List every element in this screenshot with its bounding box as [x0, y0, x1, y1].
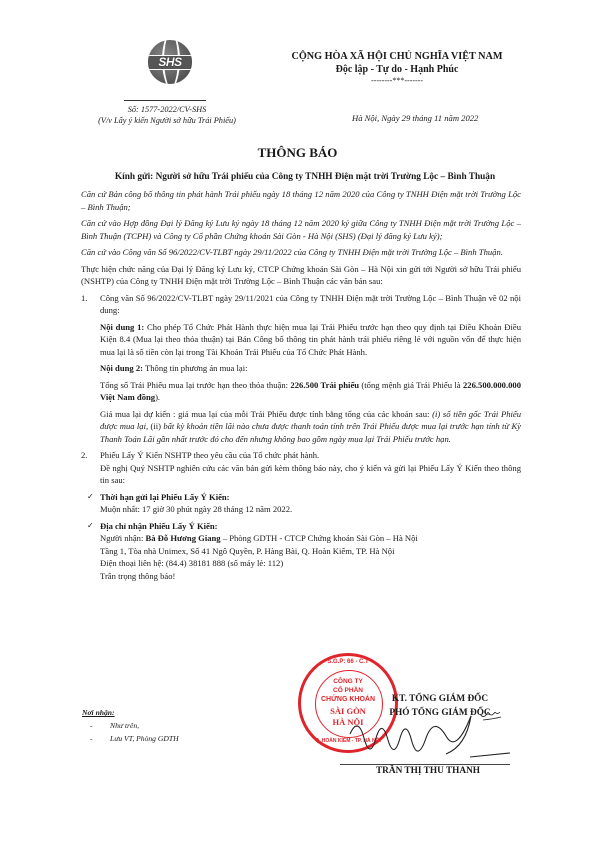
- document-reference: Số: 1577-2022/CV-SHS (V/v Lấy ý kiến Ngư…: [62, 104, 272, 126]
- logo-text: SHS: [148, 55, 192, 70]
- place-date: Hà Nội, Ngày 29 tháng 11 năm 2022: [352, 113, 478, 123]
- content-2: Nội dung 2: Thông tin phương án mua lại:: [100, 362, 521, 375]
- item-2-number: 2.: [81, 449, 87, 462]
- street-address: Tầng 1, Tòa nhà Unimex, Số 41 Ngô Quyền,…: [100, 545, 521, 558]
- national-title: CỘNG HÒA XÃ HỘI CHỦ NGHĨA VIỆT NAM: [262, 50, 532, 63]
- handwritten-signature: [345, 712, 515, 762]
- item-1-number: 1.: [81, 292, 87, 305]
- recipients-list: Nơi nhận: -Như trên, -Lưu VT, Phòng GDTH: [82, 706, 179, 745]
- item-2-request: Đề nghị Quý NSHTP nghiên cứu các văn bản…: [100, 462, 521, 487]
- checkmark-icon: ✓: [87, 491, 94, 504]
- address-section: ✓ Địa chỉ nhận Phiếu Lấy Ý Kiến: Người n…: [81, 520, 521, 583]
- recipient-item: -Như trên,: [82, 719, 179, 732]
- address-label: Địa chỉ nhận Phiếu Lấy Ý Kiến:: [100, 520, 521, 533]
- deadline-label: Thời hạn gửi lại Phiếu Lấy Ý Kiến:: [100, 491, 521, 504]
- header-separator: --------***-------: [262, 76, 532, 86]
- national-motto: Độc lập - Tự do - Hạnh Phúc: [262, 63, 532, 76]
- document-body: Căn cứ Bản công bố thông tin phát hành T…: [81, 188, 521, 582]
- shs-logo: SHS: [148, 40, 192, 84]
- document-number: Số: 1577-2022/CV-SHS: [62, 104, 272, 115]
- document-subject: (V/v Lấy ý kiến Người sở hữu Trái Phiếu): [62, 115, 272, 126]
- basis-1: Căn cứ Bản công bố thông tin phát hành T…: [81, 188, 521, 213]
- basis-2: Căn cứ vào Hợp đồng Đại lý Đăng ký Lưu k…: [81, 217, 521, 242]
- addressee: Kính gửi: Người sở hữu Trái phiếu của Cô…: [75, 172, 535, 182]
- deadline-value: Muộn nhất: 17 giờ 30 phút ngày 28 tháng …: [100, 503, 521, 516]
- phone-contact: Điện thoại liên hệ: (84.4) 38181 888 (số…: [100, 557, 521, 570]
- item-2-text: Phiếu Lấy Ý Kiến NSHTP theo yêu cầu của …: [100, 449, 521, 462]
- logo-divider: [124, 100, 206, 101]
- stamp-line: CÔNG TY: [301, 678, 395, 685]
- item-1-text: Công văn Số 96/2022/CV-TLBT ngày 29/11/2…: [100, 292, 521, 317]
- signer-name: TRẦN THỊ THU THANH: [338, 766, 518, 776]
- recipients-header: Nơi nhận:: [82, 706, 179, 719]
- checkmark-icon: ✓: [87, 520, 94, 533]
- closing-text: Trân trọng thông báo!: [100, 570, 521, 583]
- total-bonds: Tổng số Trái Phiếu mua lại trước hạn the…: [100, 379, 521, 404]
- item-1: 1. Công văn Số 96/2022/CV-TLBT ngày 29/1…: [81, 292, 521, 317]
- recipient-item: -Lưu VT, Phòng GDTH: [82, 732, 179, 745]
- deadline-section: ✓ Thời hạn gửi lại Phiếu Lấy Ý Kiến: Muộ…: [81, 491, 521, 516]
- intro-paragraph: Thực hiện chức năng của Đại lý Đăng ký L…: [81, 263, 521, 288]
- national-header: CỘNG HÒA XÃ HỘI CHỦ NGHĨA VIỆT NAM Độc l…: [262, 50, 532, 86]
- basis-3: Căn cứ vào Công văn Số 96/2022/CV-TLBT n…: [81, 246, 521, 259]
- signature-line: [340, 764, 510, 765]
- stamp-outer-top: S.G.P: 66 - C.T: [301, 659, 395, 665]
- signature-title-1: KT. TỔNG GIÁM ĐỐC: [370, 692, 510, 706]
- content-1: Nội dung 1: Cho phép Tổ Chức Phát Hành t…: [100, 321, 521, 359]
- document-title: THÔNG BÁO: [0, 145, 595, 161]
- recipient-line: Người nhận: Bà Đỗ Hương Giang – Phòng GD…: [100, 532, 521, 545]
- item-2: 2. Phiếu Lấy Ý Kiến NSHTP theo yêu cầu c…: [81, 449, 521, 487]
- repurchase-price: Giá mua lại dự kiến : giá mua lại của mỗ…: [100, 408, 521, 446]
